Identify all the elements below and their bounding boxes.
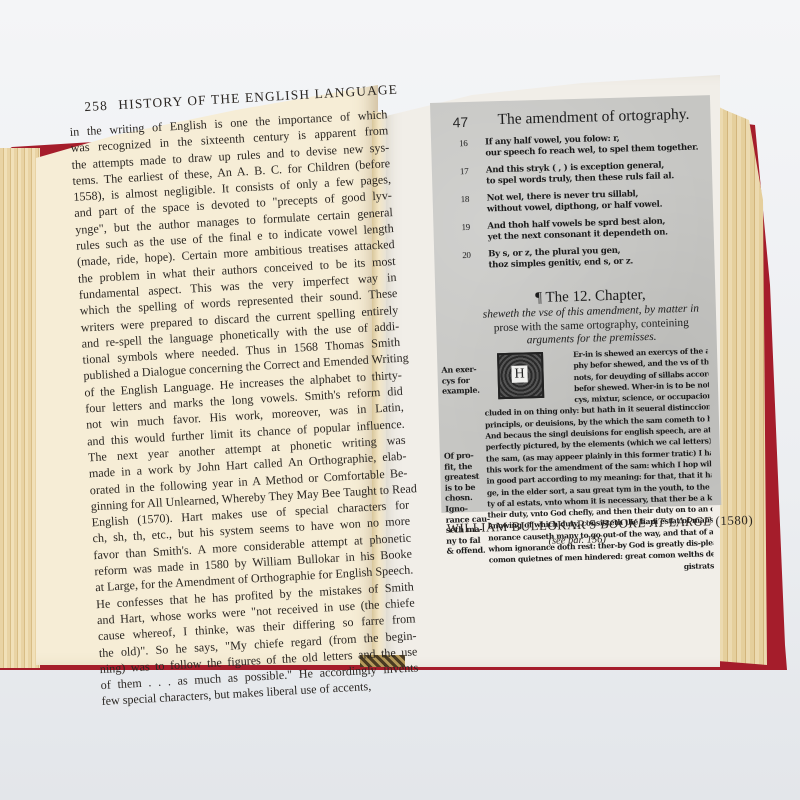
verse: 17And this stryk ( , ) is exception gene… (476, 159, 707, 187)
left-page-stack-edge (0, 148, 40, 668)
verse-number: 20 (462, 250, 471, 261)
body-paragraph: in the writing of English is one the imp… (69, 106, 419, 710)
verse: 18Not wel, there is never tru sillabl,wi… (477, 187, 708, 215)
margin-note: An exer-cys forexample. (441, 364, 482, 397)
plate-page-number: 47 (452, 114, 468, 130)
verse-number: 18 (461, 194, 470, 205)
margin-note-line: greatest (444, 471, 484, 483)
left-page-text: 258 HISTORY OF THE ENGLISH LANGUAGE in t… (68, 82, 420, 709)
verse: 19And thoh half vowels be sprd best alon… (477, 215, 708, 243)
page-number: 258 (84, 98, 108, 114)
plate-title: The amendment of ortography. (478, 105, 708, 129)
chapter-heading: ¶ The 12. Chapter, sheweth the vse of th… (475, 285, 707, 349)
verse-number: 16 (459, 138, 468, 149)
margin-note-line: example. (442, 385, 482, 397)
verse-number: 19 (461, 222, 470, 233)
facsimile-plate: 47 The amendment of ortography. 16If any… (430, 95, 721, 513)
verse: 20By s, or z, the plural you gen,thoz si… (478, 243, 709, 271)
verse: 16If any half vowel, you folow: r,our sp… (475, 131, 706, 159)
verse-number: 17 (460, 166, 469, 177)
margin-note-line: An exer- (441, 364, 481, 376)
